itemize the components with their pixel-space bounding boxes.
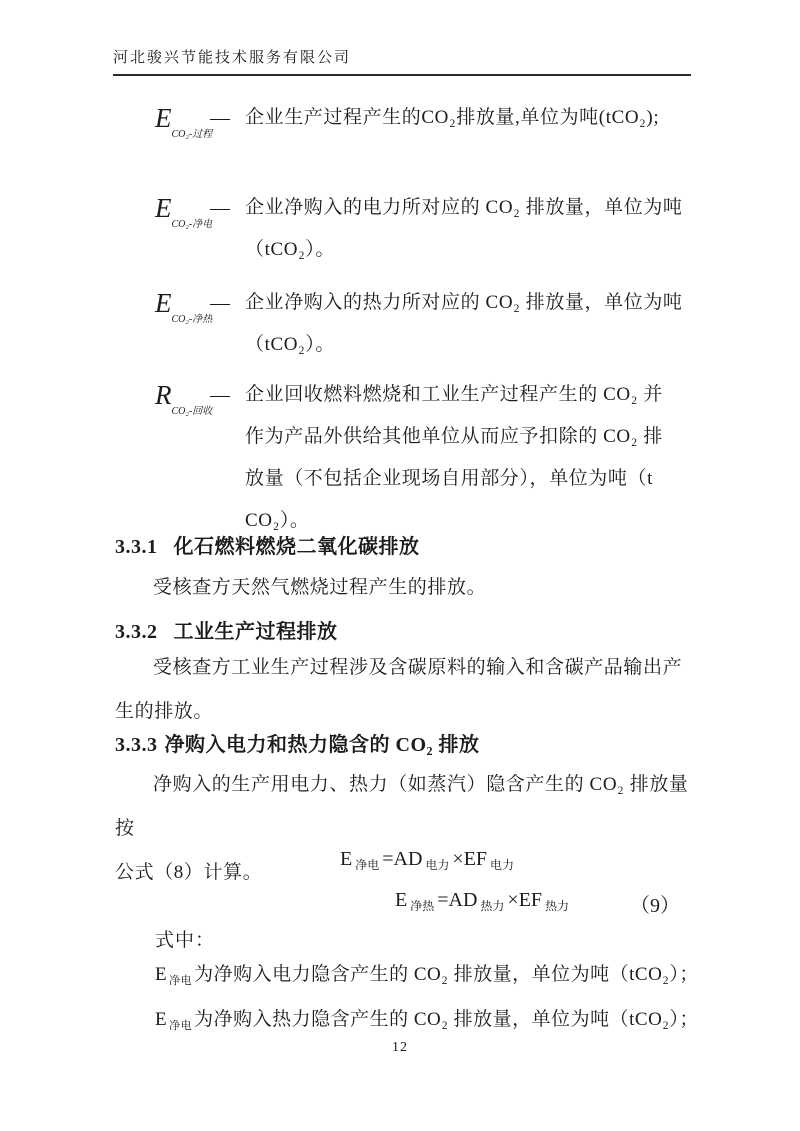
term-subscript: CO₂-净电 xyxy=(172,219,213,230)
definition-term: RCO₂-回收 xyxy=(155,374,210,423)
where-label: 式中： xyxy=(155,925,215,952)
formula-line-1: E净电=AD电力×EF电力 xyxy=(340,848,517,871)
term-subscript: CO₂-净热 xyxy=(172,314,213,325)
section-title: 净购入电力和热力隐含的 CO₂ 排放 xyxy=(165,734,480,756)
definition-dash: — xyxy=(210,97,245,139)
formula-operator: =AD xyxy=(437,889,477,911)
section-title: 工业生产过程排放 xyxy=(174,621,338,643)
section-title: 化石燃料燃烧二氧化碳排放 xyxy=(174,536,420,558)
formula-subscript: 热力 xyxy=(545,899,569,913)
paragraph: 受核查方天然气燃烧过程产生的排放。 xyxy=(115,566,693,610)
formula-subscript: 热力 xyxy=(480,899,504,913)
formula-subscript: 净电 xyxy=(169,1020,192,1032)
formula-subscript: 净热 xyxy=(410,899,434,913)
formula-symbol: E xyxy=(155,1009,167,1030)
formula-subscript: 净电 xyxy=(355,858,379,872)
definition-row: ECO₂-净热 — 企业净购入的热力所对应的 CO₂ 排放量，单位为吨 （tCO… xyxy=(155,282,697,366)
formula-operator: ×EF xyxy=(507,889,542,911)
formula-operator: =AD xyxy=(382,848,422,870)
where-line: E净电为净购入热力隐含产生的 CO₂ 排放量，单位为吨（tCO₂）； xyxy=(155,1004,699,1031)
definition-term: ECO₂-净电 xyxy=(155,187,210,236)
definition-term: ECO₂-净热 xyxy=(155,282,210,331)
where-line: E净电为净购入电力隐含产生的 CO₂ 排放量，单位为吨（tCO₂）； xyxy=(155,959,699,986)
definition-description: 企业生产过程产生的CO₂排放量,单位为吨(tCO₂); xyxy=(245,97,697,139)
definition-term: ECO₂-过程 xyxy=(155,97,210,146)
paragraph: 净购入的生产用电力、热力（如蒸汽）隐含产生的 CO₂ 排放量按 公式（8）计算。 xyxy=(115,763,693,895)
section-number: 3.3.1 xyxy=(115,536,158,558)
page-header: 河北骏兴节能技术服务有限公司 xyxy=(113,46,691,76)
where-text: 为净购入电力隐含产生的 CO₂ 排放量，单位为吨（tCO₂）； xyxy=(194,964,699,985)
where-text: 为净购入热力隐含产生的 CO₂ 排放量，单位为吨（tCO₂）； xyxy=(194,1009,699,1030)
section-heading-3-3-3: 3.3.3净购入电力和热力隐含的 CO₂ 排放 xyxy=(115,728,480,757)
definition-description: 企业净购入的电力所对应的 CO₂ 排放量，单位为吨 （tCO₂）。 xyxy=(245,187,697,271)
section-heading-3-3-2: 3.3.2工业生产过程排放 xyxy=(115,615,338,644)
definition-dash: — xyxy=(210,374,245,416)
formula-subscript: 电力 xyxy=(490,858,514,872)
definition-row: ECO₂-净电 — 企业净购入的电力所对应的 CO₂ 排放量，单位为吨 （tCO… xyxy=(155,187,697,271)
term-subscript: CO₂-回收 xyxy=(172,406,213,417)
section-number: 3.3.2 xyxy=(115,621,158,643)
definition-row: RCO₂-回收 — 企业回收燃料燃烧和工业生产过程产生的 CO₂ 并 作为产品外… xyxy=(155,374,697,542)
formula-subscript: 净电 xyxy=(169,975,192,987)
definition-description: 企业净购入的热力所对应的 CO₂ 排放量，单位为吨 （tCO₂）。 xyxy=(245,282,697,366)
formula-symbol: E xyxy=(395,889,407,911)
section-heading-3-3-1: 3.3.1化石燃料燃烧二氧化碳排放 xyxy=(115,530,420,559)
paragraph: 受核查方工业生产过程涉及含碳原料的输入和含碳产品输出产 生的排放。 xyxy=(115,646,693,734)
formula-symbol: E xyxy=(340,848,352,870)
formula-subscript: 电力 xyxy=(425,858,449,872)
company-name: 河北骏兴节能技术服务有限公司 xyxy=(113,50,351,66)
term-symbol: R xyxy=(155,380,172,410)
term-symbol: E xyxy=(155,193,172,223)
formula-operator: ×EF xyxy=(452,848,487,870)
section-number: 3.3.3 xyxy=(115,734,158,756)
definition-dash: — xyxy=(210,282,245,324)
page-number: 12 xyxy=(0,1040,800,1056)
term-subscript: CO₂-过程 xyxy=(172,129,213,140)
formula-symbol: E xyxy=(155,964,167,985)
term-symbol: E xyxy=(155,288,172,318)
document-page: 河北骏兴节能技术服务有限公司 ECO₂-过程 — 企业生产过程产生的CO₂排放量… xyxy=(0,0,800,1131)
definition-description: 企业回收燃料燃烧和工业生产过程产生的 CO₂ 并 作为产品外供给其他单位从而应予… xyxy=(245,374,697,542)
formula-line-2: E净热=AD热力×EF热力 xyxy=(395,889,572,912)
equation-number: （9） xyxy=(630,889,680,918)
definition-row: ECO₂-过程 — 企业生产过程产生的CO₂排放量,单位为吨(tCO₂); xyxy=(155,97,697,146)
definition-dash: — xyxy=(210,187,245,229)
term-symbol: E xyxy=(155,103,172,133)
